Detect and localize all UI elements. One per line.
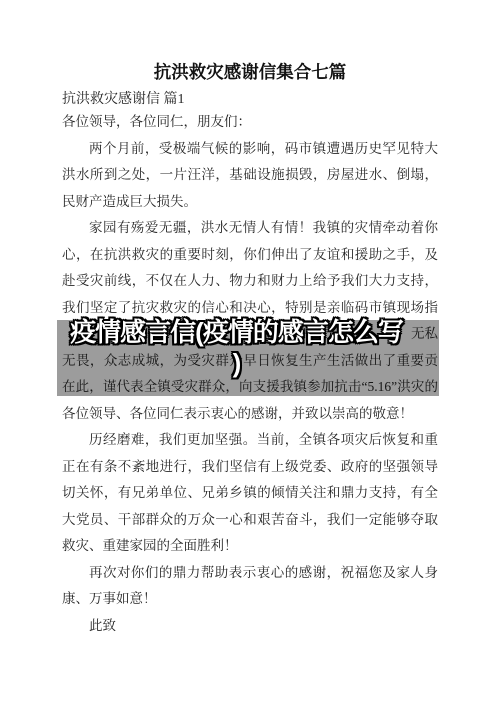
text-line: 正在有条不紊地进行，我们坚信有上级党委、政府的坚强领导和亲 [62, 454, 438, 481]
text-line: 家园有殇爱无疆，洪水无情人有情！我镇的灾情牵动着你们的 [62, 215, 438, 242]
watermark-title-line2: ) [28, 348, 445, 379]
text-line: 两个月前，受极端气候的影响，码市镇遭遇历史罕见特大洪灾， [62, 136, 438, 163]
text-line: 各位领导、各位同仁表示衷心的感谢，并致以崇高的敬意！ [62, 401, 438, 428]
text-line: 救灾、重建家园的全面胜利！ [62, 533, 438, 560]
text-line: 赴受灾前线，不仅在人力、物力和财力上给予我们大力支持，还使 [62, 268, 438, 295]
text-line: 心，在抗洪救灾的重要时刻，你们伸出了友谊和援助之手，及时赶 [62, 242, 438, 269]
watermark-title-line1: 疫情感言信(疫情的感言怎么写 [28, 317, 445, 348]
section-heading: 抗洪救灾感谢信 篇1 [62, 90, 185, 110]
watermark-title: 疫情感言信(疫情的感言怎么写 ) [28, 317, 445, 379]
text-line: 大党员、干部群众的万众一心和艰苦奋斗，我们一定能够夺取抗洪 [62, 507, 438, 534]
text-line: 康、万事如意！ [62, 586, 438, 613]
text-line: 再次对你们的鼎力帮助表示衷心的感谢，祝福您及家人身体健 [62, 560, 438, 587]
text-line: 历经磨难，我们更加坚强。当前，全镇各项灾后恢复和重建工作 [62, 427, 438, 454]
text-line: 此致 [62, 613, 438, 640]
document-page: 抗洪救灾感谢信集合七篇 抗洪救灾感谢信 篇1 各位领导，各位同仁，朋友们： 两个… [0, 0, 500, 706]
document-title: 抗洪救灾感谢信集合七篇 [0, 60, 500, 84]
text-line: 切关怀，有兄弟单位、兄弟乡镇的倾情关注和鼎力支持，有全镇广 [62, 480, 438, 507]
text-line: 各位领导，各位同仁，朋友们： [62, 109, 438, 136]
text-line: 洪水所到之处，一片汪洋，基础设施损毁，房屋进水、倒塌，给人 [62, 162, 438, 189]
text-line: 民财产造成巨大损失。 [62, 189, 438, 216]
